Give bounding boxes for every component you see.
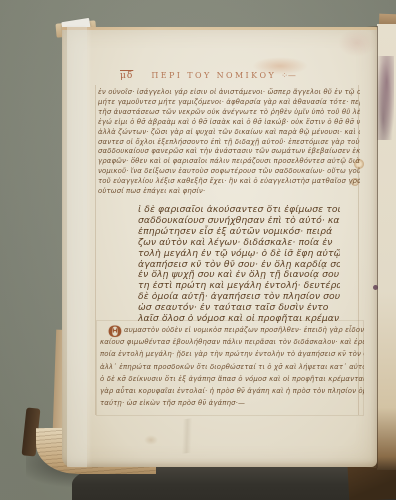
foxing-spot — [144, 435, 158, 445]
title-flourish: ⁘— — [281, 71, 296, 80]
purple-stain — [376, 56, 394, 140]
text-line: ἀλλὰ ζώντων· ζῶσι γὰρ αἱ ψυχαὶ τῶν δικαί… — [98, 128, 360, 138]
manuscript-photograph: μδ ΠΕΡΙ ΤΟΥ ΝΟΜΙΚΟΥ ⁘— ἐν οὐνοῖσ· ἰσάγγε… — [0, 0, 396, 500]
text-line: ποία ἐντολὴ μεγάλη· ᾔδει γὰρ τὴν πρώτην … — [100, 348, 364, 360]
text-line: ἀλλ᾽ ἐπηρώτα προσδοκῶν ὅτι διορθώσεταί τ… — [100, 361, 364, 373]
chapter-heading: μδ ΠΕΡΙ ΤΟΥ ΝΟΜΙΚΟΥ ⁘— — [120, 63, 296, 82]
text-line: τοῦ εὐαγγελίου λέξισ καθεξῆσ ἔχει· ἣν κα… — [98, 177, 360, 187]
repair-strip — [67, 27, 87, 467]
text-line: ζων αὐτὸν καὶ λέγων· διδάσκαλε· ποία ἐν — [138, 238, 340, 249]
text-line: τολὴ μεγάλη ἐν τῷ νόμῳ· ὁ δὲ ἰσ̄ ἔφη αὐτ… — [138, 249, 340, 260]
text-line: γὰρ αὗται κορυφαῖαι ἐντολαί· ἡ πρὸσ θν̄ … — [100, 385, 364, 397]
manuscript-page: μδ ΠΕΡΙ ΤΟΥ ΝΟΜΙΚΟΥ ⁘— ἐν οὐνοῖσ· ἰσάγγε… — [62, 27, 377, 467]
text-line: μήτε γαμοῦντεσ μήτε γαμιζόμενοι· ἀφθαρσί… — [98, 98, 360, 108]
gospel-quote-lines: ἱ δὲ φαρισαῖοι ἀκούσαντεσ ὅτι ἐφίμωσε το… — [138, 205, 340, 325]
ink-dot — [373, 285, 378, 290]
chapter-title: ΠΕΡΙ ΤΟΥ ΝΟΜΙΚΟΥ — [151, 71, 276, 80]
text-line: καίουσ φιμωθέντασ ἐβουλήθησαν πάλιν πειρ… — [100, 336, 364, 348]
text-line: σαδδουκαίουσ φανερῶσ καὶ τὴν ἀνάστασιν τ… — [98, 147, 360, 157]
text-line: οὑτωσί πωσ ἐπάγει καὶ φησίν· — [98, 187, 360, 197]
text-line: αυμαστὸν οὐδὲν εἰ νομικὸσ πειράζων προσῆ… — [100, 324, 364, 336]
text-line: ταύτῃ· ὡσ εἰκὼν τῆσ πρὸσ θν̄ ἀγάπησ·— — [100, 397, 364, 409]
commentary-block-top: ἐν οὐνοῖσ· ἰσάγγελοι γάρ εἰσιν οἱ ἀνιστά… — [98, 88, 360, 198]
text-line: νομικοῦ· ἵνα δείξωσιν ἑαυτοὺσ σοφωτέρουσ… — [98, 167, 360, 177]
text-line: γραφῶν· ὅθεν καὶ οἱ φαρισαῖοι πάλιν πειρ… — [98, 157, 360, 167]
corner-stain — [338, 29, 376, 57]
text-line: ὁ δὲ κσ̄ δείκνυσιν ὅτι ἐξ ἀγάπησ ἅπασ ὁ … — [100, 373, 364, 385]
text-line: σαντεσ οἱ ὄχλοι ἐξεπλήσσοντο ἐπὶ τῇ διδα… — [98, 138, 360, 148]
commentary-block-bottom: Θ αυμαστὸν οὐδὲν εἰ νομικὸσ πειράζων προ… — [100, 324, 364, 412]
text-line: ἐν οὐνοῖσ· ἰσάγγελοι γάρ εἰσιν οἱ ἀνιστά… — [98, 88, 360, 98]
text-line: ἐγώ εἰμι ὁ θσ̄ ἀβραὰμ καὶ ὁ θσ̄ ἰσαὰκ κα… — [98, 118, 360, 128]
chapter-number: μδ — [120, 71, 133, 81]
gospel-quote-block: Ο ἱ δὲ φαρισαῖοι ἀκούσαντεσ ὅτι ἐφίμωσε … — [138, 205, 340, 327]
commentary-bottom-lines: αυμαστὸν οὐδὲν εἰ νομικὸσ πειράζων προσῆ… — [100, 324, 364, 409]
text-line: τῆσ ἀναστάσεωσ τῶν νεκρῶν οὐκ ἀνέγνωτε τ… — [98, 108, 360, 118]
